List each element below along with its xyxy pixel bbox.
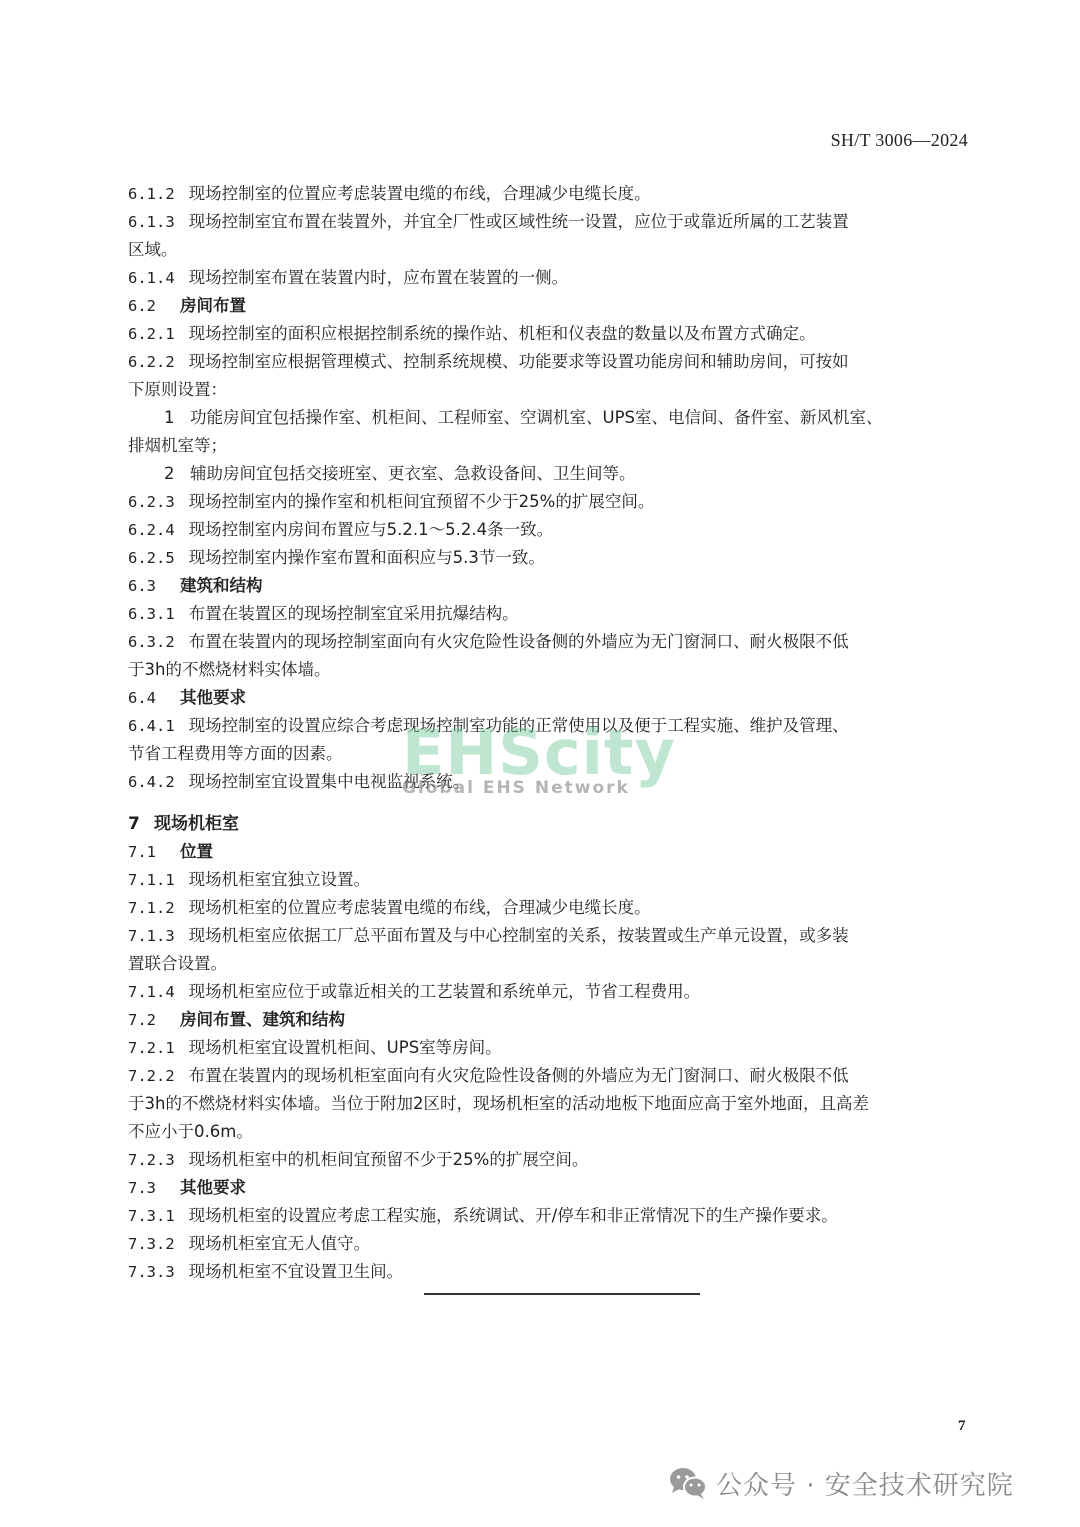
clause-number: 6.3.1 — [128, 600, 175, 628]
clause-line: 6.4.2现场控制室宜设置集中电视监视系统。 — [128, 768, 968, 796]
clause-number: 6.2.2 — [128, 348, 175, 376]
continuation-text: 不应小于0.6m。 — [128, 1122, 253, 1141]
section-heading: 6.2房间布置 — [128, 292, 968, 320]
clause-number: 6.4.1 — [128, 712, 175, 740]
continuation-line: 下原则设置： — [128, 376, 968, 404]
clause-text: 现场控制室宜设置集中电视监视系统。 — [189, 772, 470, 791]
clause-line: 7.1.2现场机柜室的位置应考虑装置电缆的布线，合理减少电缆长度。 — [128, 894, 968, 922]
clause-number: 7.3.2 — [128, 1230, 175, 1258]
continuation-line: 置联合设置。 — [128, 950, 968, 978]
section-number: 7.3 — [128, 1174, 180, 1202]
clause-text: 现场控制室内的操作室和机柜间宜预留不少于25%的扩展空间。 — [189, 492, 655, 511]
document-page: SH/T 3006—2024 6.1.2现场控制室的位置应考虑装置电缆的布线，合… — [0, 0, 1080, 1527]
clause-line: 6.1.2现场控制室的位置应考虑装置电缆的布线，合理减少电缆长度。 — [128, 180, 968, 208]
wechat-icon — [668, 1466, 708, 1500]
section-number: 7.1 — [128, 838, 180, 866]
clause-number: 7.1.1 — [128, 866, 175, 894]
section-heading: 6.3建筑和结构 — [128, 572, 968, 600]
standard-code: SH/T 3006—2024 — [831, 130, 968, 151]
clause-number: 6.2.5 — [128, 544, 175, 572]
list-item: 2辅助房间宜包括交接班室、更衣室、急救设备间、卫生间等。 — [128, 460, 968, 488]
section-number: 6.2 — [128, 292, 180, 320]
end-of-text-rule — [424, 1293, 700, 1295]
clause-line: 6.2.5现场控制室内操作室布置和面积应与5.3节一致。 — [128, 544, 968, 572]
clause-number: 6.2.3 — [128, 488, 175, 516]
clause-line: 6.1.3现场控制室宜布置在装置外，并宜全厂性或区域性统一设置，应位于或靠近所属… — [128, 208, 968, 236]
wechat-footer: 公众号 · 安全技术研究院 — [668, 1463, 1014, 1503]
list-item-number: 2 — [164, 460, 190, 488]
section-title: 建筑和结构 — [180, 576, 263, 595]
clause-text: 现场机柜室宜无人值守。 — [189, 1234, 371, 1253]
clause-number: 7.1.2 — [128, 894, 175, 922]
chapter-heading: 7现场机柜室 — [128, 810, 968, 838]
clause-text: 布置在装置内的现场控制室面向有火灾危险性设备侧的外墙应为无门窗洞口、耐火极限不低 — [189, 632, 849, 651]
clause-text: 现场控制室的面积应根据控制系统的操作站、机柜和仪表盘的数量以及布置方式确定。 — [189, 324, 816, 343]
clause-line: 7.3.1现场机柜室的设置应考虑工程实施，系统调试、开/停车和非正常情况下的生产… — [128, 1202, 968, 1230]
clause-number: 6.2.4 — [128, 516, 175, 544]
continuation-text: 下原则设置： — [128, 380, 227, 399]
chapter-number: 7 — [128, 810, 154, 838]
continuation-line: 于3h的不燃烧材料实体墙。 — [128, 656, 968, 684]
clause-line: 7.2.3现场机柜室中的机柜间宜预留不少于25%的扩展空间。 — [128, 1146, 968, 1174]
continuation-text: 节省工程费用等方面的因素。 — [128, 744, 343, 763]
clause-text: 现场机柜室不宜设置卫生间。 — [189, 1262, 404, 1281]
clause-number: 7.2.1 — [128, 1034, 175, 1062]
section-number: 6.4 — [128, 684, 180, 712]
section-number: 6.3 — [128, 572, 180, 600]
clause-line: 6.2.3现场控制室内的操作室和机柜间宜预留不少于25%的扩展空间。 — [128, 488, 968, 516]
clause-number: 7.1.4 — [128, 978, 175, 1006]
continuation-text: 于3h的不燃烧材料实体墙。 — [128, 660, 330, 679]
section-heading: 7.2房间布置、建筑和结构 — [128, 1006, 968, 1034]
clause-line: 6.2.4现场控制室内房间布置应与5.2.1～5.2.4条一致。 — [128, 516, 968, 544]
clause-text: 现场控制室的位置应考虑装置电缆的布线，合理减少电缆长度。 — [189, 184, 651, 203]
chapter-title: 现场机柜室 — [154, 814, 239, 834]
clause-line: 6.3.1布置在装置区的现场控制室宜采用抗爆结构。 — [128, 600, 968, 628]
clause-line: 6.2.1现场控制室的面积应根据控制系统的操作站、机柜和仪表盘的数量以及布置方式… — [128, 320, 968, 348]
section-title: 房间布置 — [180, 296, 246, 315]
clause-number: 6.1.4 — [128, 264, 175, 292]
clause-text: 布置在装置内的现场机柜室面向有火灾危险性设备侧的外墙应为无门窗洞口、耐火极限不低 — [189, 1066, 849, 1085]
clause-number: 7.2.3 — [128, 1146, 175, 1174]
document-body: 6.1.2现场控制室的位置应考虑装置电缆的布线，合理减少电缆长度。6.1.3现场… — [128, 180, 968, 1286]
continuation-text: 于3h的不燃烧材料实体墙。当位于附加2区时，现场机柜室的活动地板下地面应高于室外… — [128, 1094, 869, 1113]
page-number: 7 — [958, 1418, 966, 1435]
clause-text: 现场控制室应根据管理模式、控制系统规模、功能要求等设置功能房间和辅助房间，可按如 — [189, 352, 849, 371]
continuation-text: 区域。 — [128, 240, 178, 259]
clause-line: 7.1.4现场机柜室应位于或靠近相关的工艺装置和系统单元，节省工程费用。 — [128, 978, 968, 1006]
list-item: 1功能房间宜包括操作室、机柜间、工程师室、空调机室、UPS室、电信间、备件室、新… — [128, 404, 968, 432]
clause-text: 现场控制室内操作室布置和面积应与5.3节一致。 — [189, 548, 545, 567]
clause-number: 7.3.1 — [128, 1202, 175, 1230]
clause-text: 现场机柜室应位于或靠近相关的工艺装置和系统单元，节省工程费用。 — [189, 982, 701, 1001]
section-heading: 7.1位置 — [128, 838, 968, 866]
section-title: 其他要求 — [180, 688, 246, 707]
section-title: 房间布置、建筑和结构 — [180, 1010, 345, 1029]
clause-text: 现场机柜室应依据工厂总平面布置及与中心控制室的关系，按装置或生产单元设置，或多装 — [189, 926, 849, 945]
continuation-text: 排烟机室等； — [128, 436, 227, 455]
list-item-number: 1 — [164, 404, 190, 432]
clause-text: 现场控制室的设置应综合考虑现场控制室功能的正常使用以及便于工程实施、维护及管理、 — [189, 716, 849, 735]
clause-line: 6.4.1现场控制室的设置应综合考虑现场控制室功能的正常使用以及便于工程实施、维… — [128, 712, 968, 740]
continuation-line: 不应小于0.6m。 — [128, 1118, 968, 1146]
section-heading: 7.3其他要求 — [128, 1174, 968, 1202]
list-item-text: 功能房间宜包括操作室、机柜间、工程师室、空调机室、UPS室、电信间、备件室、新风… — [190, 408, 883, 427]
clause-number: 7.3.3 — [128, 1258, 175, 1286]
clause-text: 现场机柜室宜独立设置。 — [189, 870, 371, 889]
clause-number: 7.1.3 — [128, 922, 175, 950]
clause-line: 7.1.3现场机柜室应依据工厂总平面布置及与中心控制室的关系，按装置或生产单元设… — [128, 922, 968, 950]
continuation-text: 置联合设置。 — [128, 954, 227, 973]
clause-text: 现场控制室布置在装置内时，应布置在装置的一侧。 — [189, 268, 569, 287]
section-title: 其他要求 — [180, 1178, 246, 1197]
clause-number: 7.2.2 — [128, 1062, 175, 1090]
clause-text: 现场机柜室中的机柜间宜预留不少于25%的扩展空间。 — [189, 1150, 589, 1169]
clause-text: 现场机柜室的位置应考虑装置电缆的布线，合理减少电缆长度。 — [189, 898, 651, 917]
section-heading: 6.4其他要求 — [128, 684, 968, 712]
clause-line: 6.2.2现场控制室应根据管理模式、控制系统规模、功能要求等设置功能房间和辅助房… — [128, 348, 968, 376]
clause-text: 现场机柜室的设置应考虑工程实施，系统调试、开/停车和非正常情况下的生产操作要求。 — [189, 1206, 838, 1225]
clause-text: 现场机柜室宜设置机柜间、UPS室等房间。 — [189, 1038, 502, 1057]
clause-line: 7.2.1现场机柜室宜设置机柜间、UPS室等房间。 — [128, 1034, 968, 1062]
clause-number: 6.3.2 — [128, 628, 175, 656]
clause-text: 现场控制室内房间布置应与5.2.1～5.2.4条一致。 — [189, 520, 553, 539]
clause-text: 布置在装置区的现场控制室宜采用抗爆结构。 — [189, 604, 519, 623]
clause-line: 7.2.2布置在装置内的现场机柜室面向有火灾危险性设备侧的外墙应为无门窗洞口、耐… — [128, 1062, 968, 1090]
clause-line: 7.3.3现场机柜室不宜设置卫生间。 — [128, 1258, 968, 1286]
continuation-line: 节省工程费用等方面的因素。 — [128, 740, 968, 768]
clause-number: 6.1.3 — [128, 208, 175, 236]
clause-text: 现场控制室宜布置在装置外，并宜全厂性或区域性统一设置，应位于或靠近所属的工艺装置 — [189, 212, 849, 231]
section-number: 7.2 — [128, 1006, 180, 1034]
clause-line: 7.1.1现场机柜室宜独立设置。 — [128, 866, 968, 894]
footer-text: 公众号 · 安全技术研究院 — [716, 1465, 1014, 1502]
clause-number: 6.1.2 — [128, 180, 175, 208]
clause-number: 6.2.1 — [128, 320, 175, 348]
clause-line: 6.3.2布置在装置内的现场控制室面向有火灾危险性设备侧的外墙应为无门窗洞口、耐… — [128, 628, 968, 656]
clause-line: 6.1.4现场控制室布置在装置内时，应布置在装置的一侧。 — [128, 264, 968, 292]
clause-line: 7.3.2现场机柜室宜无人值守。 — [128, 1230, 968, 1258]
list-item-text: 辅助房间宜包括交接班室、更衣室、急救设备间、卫生间等。 — [190, 464, 636, 483]
continuation-line: 于3h的不燃烧材料实体墙。当位于附加2区时，现场机柜室的活动地板下地面应高于室外… — [128, 1090, 968, 1118]
clause-number: 6.4.2 — [128, 768, 175, 796]
section-title: 位置 — [180, 842, 213, 861]
continuation-line: 区域。 — [128, 236, 968, 264]
continuation-line: 排烟机室等； — [128, 432, 968, 460]
